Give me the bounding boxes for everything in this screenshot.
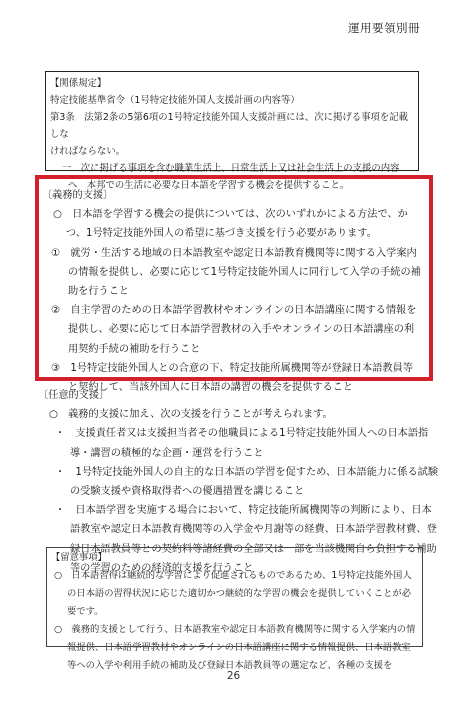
note-item-2: ○ 義務的支援として行う、日本語教室や認定日本語教育機関等に関する入学案内の情報… xyxy=(51,621,418,675)
mandatory-item-1: ① 就労・生活する地域の日本語教室や認定日本語教育機関等に関する入学案内の情報を… xyxy=(42,244,421,302)
optional-support-intro: ○ 義務的支援に加え、次の支援を行うことが考えられます。 xyxy=(38,405,438,424)
mandatory-support-intro: ○ 日本語を学習する機会の提供については、次のいずれかによる方法で、かつ、1号特… xyxy=(42,205,421,243)
optional-support-title: 〔任意的支援〕 xyxy=(38,386,438,405)
ordinance-name: 特定技能基準省令（1号特定技能外国人支援計画の内容等） xyxy=(50,92,414,109)
optional-item-1: ・ 支援責任者又は支援担当者その他職員による1号特定技能外国人への日本語指導・講… xyxy=(38,424,438,462)
page-number: 26 xyxy=(0,670,467,682)
regulation-title: 【関係規定】 xyxy=(50,75,414,92)
mandatory-support-title: 〔義務的支援〕 xyxy=(42,186,421,205)
notes-box: 【留意事項】 ○ 日本語習得は継続的な学習により促進されるものであるため、1号特… xyxy=(46,547,423,647)
optional-item-2: ・ 1号特定技能外国人の自主的な日本語の学習を促すため、日本語能力に係る試験の受… xyxy=(38,463,438,501)
mandatory-item-2: ② 自主学習のための日本語学習教材やオンラインの日本語講座に関する情報を提供し、… xyxy=(42,301,421,359)
article-text-line2: ければならない。 xyxy=(50,143,414,160)
mandatory-support-highlight: 〔義務的支援〕 ○ 日本語を学習する機会の提供については、次のいずれかによる方法… xyxy=(35,175,433,381)
document-header-label: 運用要領別冊 xyxy=(348,20,420,36)
notes-title: 【留意事項】 xyxy=(51,549,418,567)
regulation-box: 【関係規定】 特定技能基準省令（1号特定技能外国人支援計画の内容等） 第3条 法… xyxy=(45,71,419,171)
article-text-line1: 第3条 法第2条の5第6項の1号特定技能外国人支援計画には、次に掲げる事項を記載… xyxy=(50,109,414,143)
note-item-1: ○ 日本語習得は継続的な学習により促進されるものであるため、1号特定技能外国人の… xyxy=(51,567,418,621)
